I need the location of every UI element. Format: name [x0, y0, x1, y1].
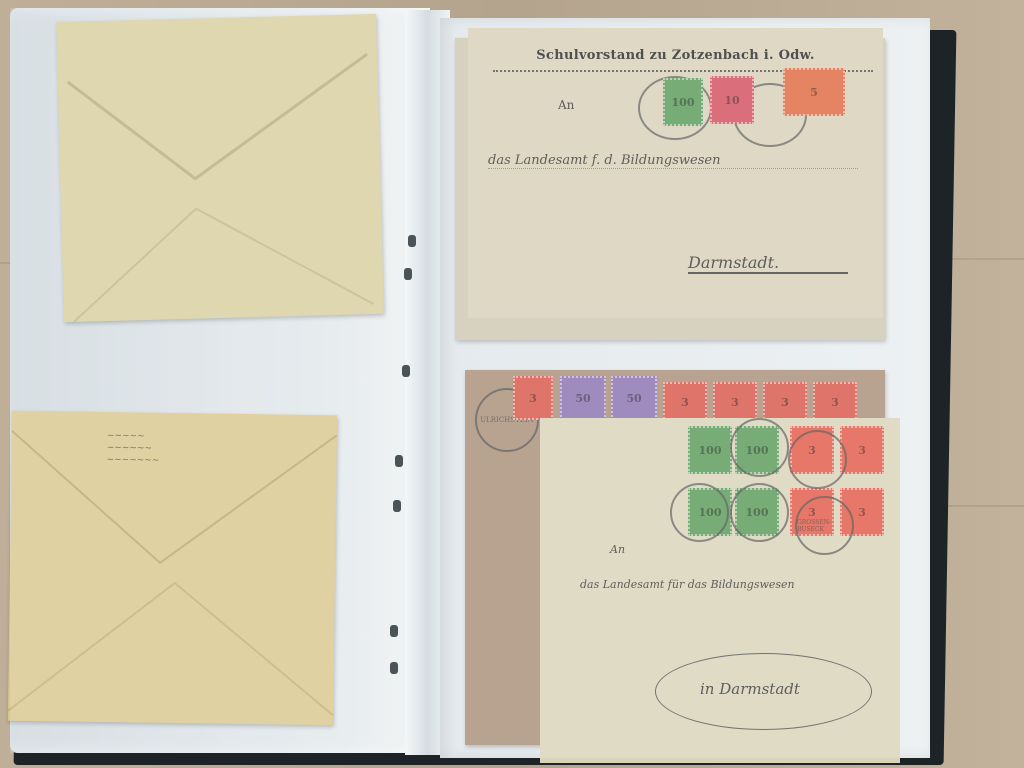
destination-city: Darmstadt. [688, 253, 848, 274]
cardboard-crease [940, 505, 1024, 507]
stamp-red: 3 [763, 382, 807, 422]
stamp-green: 100 [663, 78, 703, 126]
postmark [670, 483, 729, 542]
postmark [730, 418, 789, 477]
stamp-red: 10 [710, 76, 754, 124]
addressee: das Landesamt für das Bildungswesen [580, 578, 795, 591]
postmark [730, 483, 789, 542]
ring-hole [402, 365, 410, 377]
album-right-page: Schulvorstand zu Zotzenbach i. Odw. An d… [440, 18, 930, 758]
destination-city: in Darmstadt [700, 680, 800, 698]
ring-hole [390, 625, 398, 637]
envelope-back-bottom: ~~~~~~~~~~~~~~~~~~ [8, 411, 337, 726]
postmark-grossen-buseck: GROSSEN-BUSECK [795, 496, 854, 555]
ring-hole [390, 662, 398, 674]
sender-handwriting: ~~~~~~~~~~~~~~~~~~ [106, 430, 159, 467]
bottom-cover: 100 100 3 3 100 100 3 3 GROSSEN-BUSECK A… [540, 418, 900, 763]
album-left-page: ~~~~~~~~~~~~~~~~~~ [10, 8, 430, 753]
cardboard-crease [940, 258, 1024, 260]
stamp-red: 3 [840, 426, 884, 474]
stamp-red: 3 [513, 376, 553, 420]
letterhead: Schulvorstand zu Zotzenbach i. Odw. [468, 48, 883, 63]
envelope-flap-lines [8, 411, 337, 726]
stamp-violet: 50 [560, 376, 606, 420]
envelope-flap-lines [56, 14, 384, 322]
stamp-violet: 50 [611, 376, 657, 420]
ring-hole [393, 500, 401, 512]
stamp-orange: 5 [783, 68, 845, 116]
salutation: An [558, 98, 574, 112]
addressee: das Landesamt f. d. Bildungswesen [488, 153, 858, 169]
salutation: An [610, 543, 625, 556]
envelope-back-top [56, 14, 384, 322]
ring-hole [395, 455, 403, 467]
stamp-green: 100 [688, 426, 732, 474]
stamp-red: 3 [663, 382, 707, 422]
stamp-red: 3 [813, 382, 857, 422]
postmark [788, 430, 847, 489]
ring-hole [404, 268, 412, 280]
top-cover: Schulvorstand zu Zotzenbach i. Odw. An d… [468, 28, 883, 318]
ring-hole [408, 235, 416, 247]
stamp-red: 3 [713, 382, 757, 422]
